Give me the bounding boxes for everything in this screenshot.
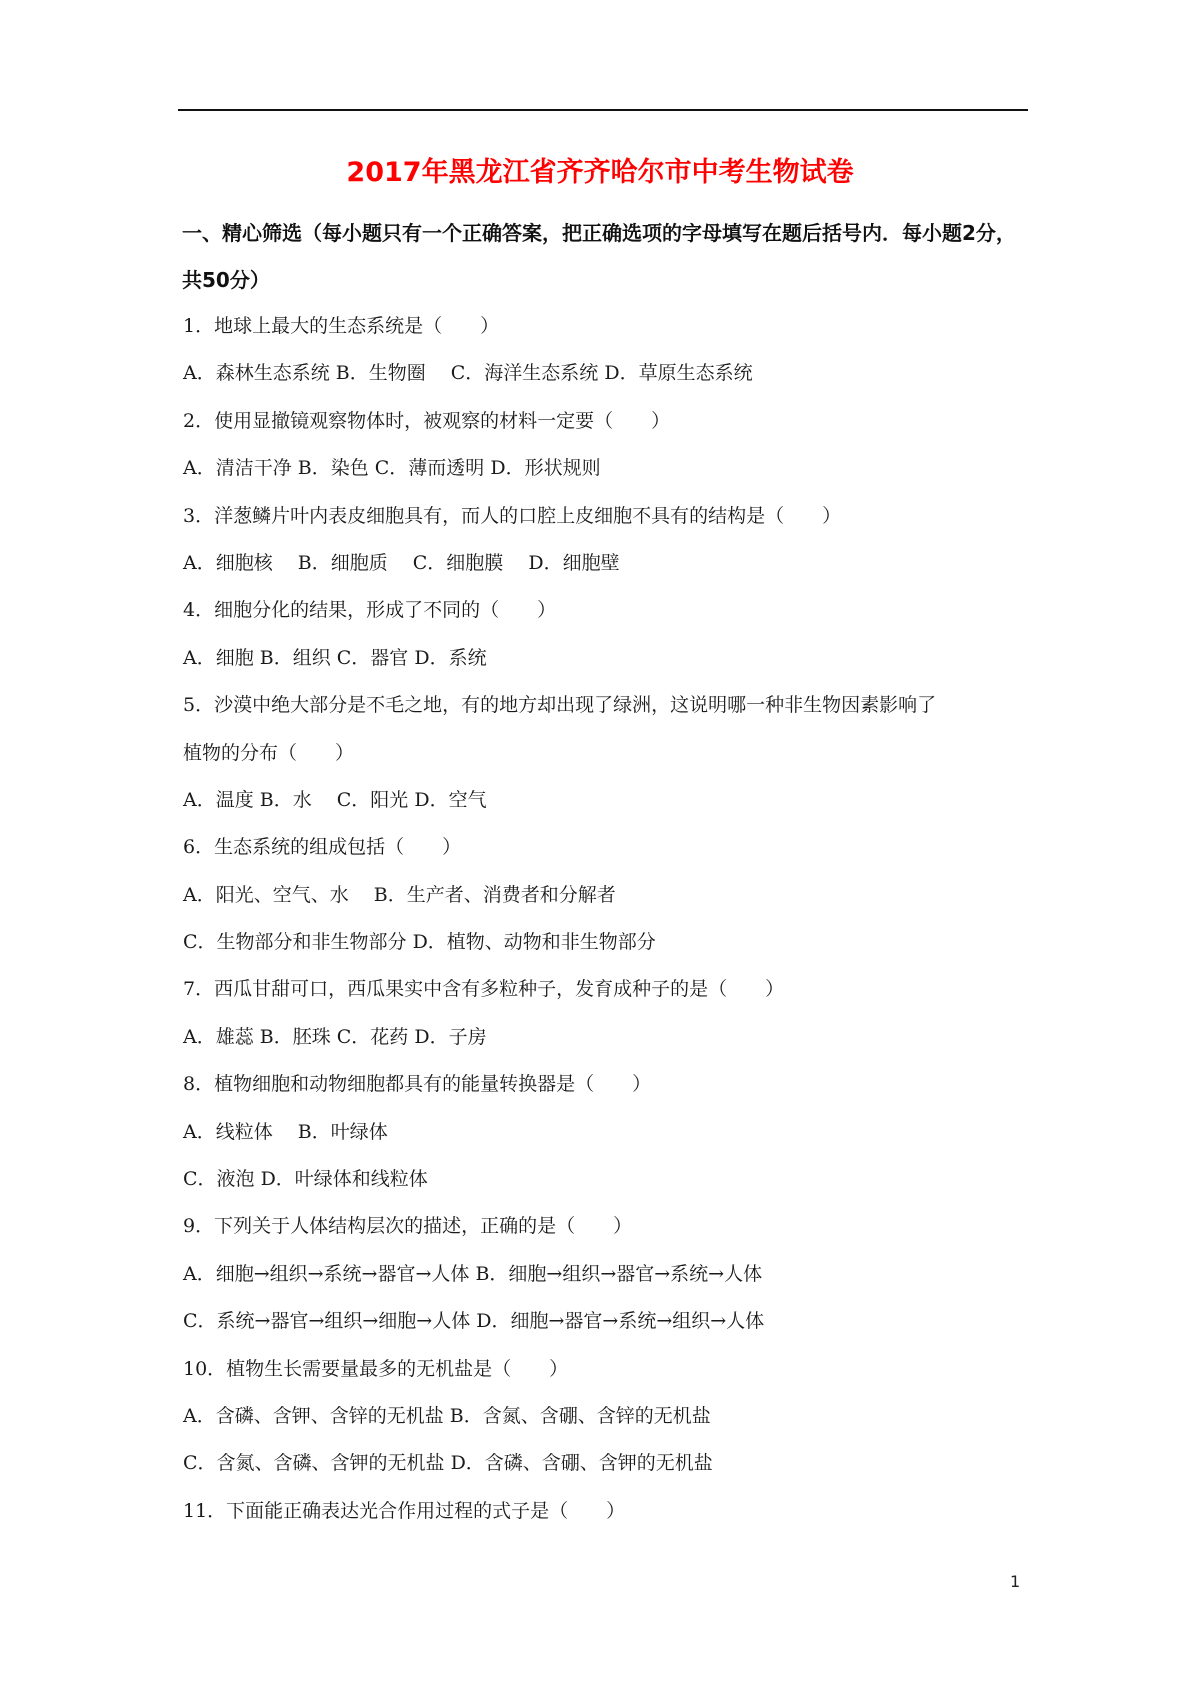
question-8: 8．植物细胞和动物细胞都具有的能量转换器是（ ） [183,1061,1033,1108]
question-4-options: A．细胞 B．组织 C．器官 D．系统 [183,635,1033,682]
question-1-options: A．森林生态系统 B．生物圈 C．海洋生态系统 D．草原生态系统 [183,350,1033,397]
question-5-options: A．温度 B．水 C．阳光 D．空气 [183,777,1033,824]
page-number: 1 [1010,1572,1020,1591]
question-6-options-cd: C．生物部分和非生物部分 D．植物、动物和非生物部分 [183,919,1033,966]
question-1: 1．地球上最大的生态系统是（ ） [183,303,1033,350]
document-title: 2017年黑龙江省齐齐哈尔市中考生物试卷 [0,155,1200,191]
question-10-options-ab: A．含磷、含钾、含锌的无机盐 B．含氮、含硼、含锌的无机盐 [183,1393,1033,1440]
question-3-options: A．细胞核 B．细胞质 C．细胞膜 D．细胞壁 [183,540,1033,587]
header-rule [178,109,1028,111]
question-3: 3．洋葱鳞片叶内表皮细胞具有，而人的口腔上皮细胞不具有的结构是（ ） [183,493,1033,540]
question-10-options-cd: C．含氮、含磷、含钾的无机盐 D．含磷、含硼、含钾的无机盐 [183,1440,1033,1487]
question-9: 9．下列关于人体结构层次的描述，正确的是（ ） [183,1203,1033,1250]
question-2-options: A．清洁干净 B．染色 C．薄而透明 D．形状规则 [183,445,1033,492]
question-9-options-ab: A．细胞→组织→系统→器官→人体 B．细胞→组织→器官→系统→人体 [183,1251,1033,1298]
question-2: 2．使用显撤镜观察物体时，被观察的材料一定要（ ） [183,398,1033,445]
question-11: 11．下面能正确表达光合作用过程的式子是（ ） [183,1488,1033,1535]
question-7-options: A．雄蕊 B．胚珠 C．花药 D．子房 [183,1014,1033,1061]
question-8-options-ab: A．线粒体 B．叶绿体 [183,1109,1033,1156]
question-7: 7．西瓜甘甜可口，西瓜果实中含有多粒种子，发育成种子的是（ ） [183,966,1033,1013]
question-list: 1．地球上最大的生态系统是（ ） A．森林生态系统 B．生物圈 C．海洋生态系统… [183,303,1033,1535]
document-page: 2017年黑龙江省齐齐哈尔市中考生物试卷 一、精心筛选（每小题只有一个正确答案，… [0,0,1200,1698]
question-10: 10．植物生长需要量最多的无机盐是（ ） [183,1346,1033,1393]
question-6: 6．生态系统的组成包括（ ） [183,824,1033,871]
question-9-options-cd: C．系统→器官→组织→细胞→人体 D．细胞→器官→系统→组织→人体 [183,1298,1033,1345]
question-8-options-cd: C．液泡 D．叶绿体和线粒体 [183,1156,1033,1203]
question-6-options-ab: A．阳光、空气、水 B．生产者、消费者和分解者 [183,872,1033,919]
question-5-continued: 植物的分布（ ） [183,730,1033,777]
question-5: 5．沙漠中绝大部分是不毛之地，有的地方却出现了绿洲，这说明哪一种非生物因素影响了 [183,682,1033,729]
question-4: 4．细胞分化的结果，形成了不同的（ ） [183,587,1033,634]
section-heading: 一、精心筛选（每小题只有一个正确答案，把正确选项的字母填写在题后括号内．每小题2… [182,210,1022,304]
